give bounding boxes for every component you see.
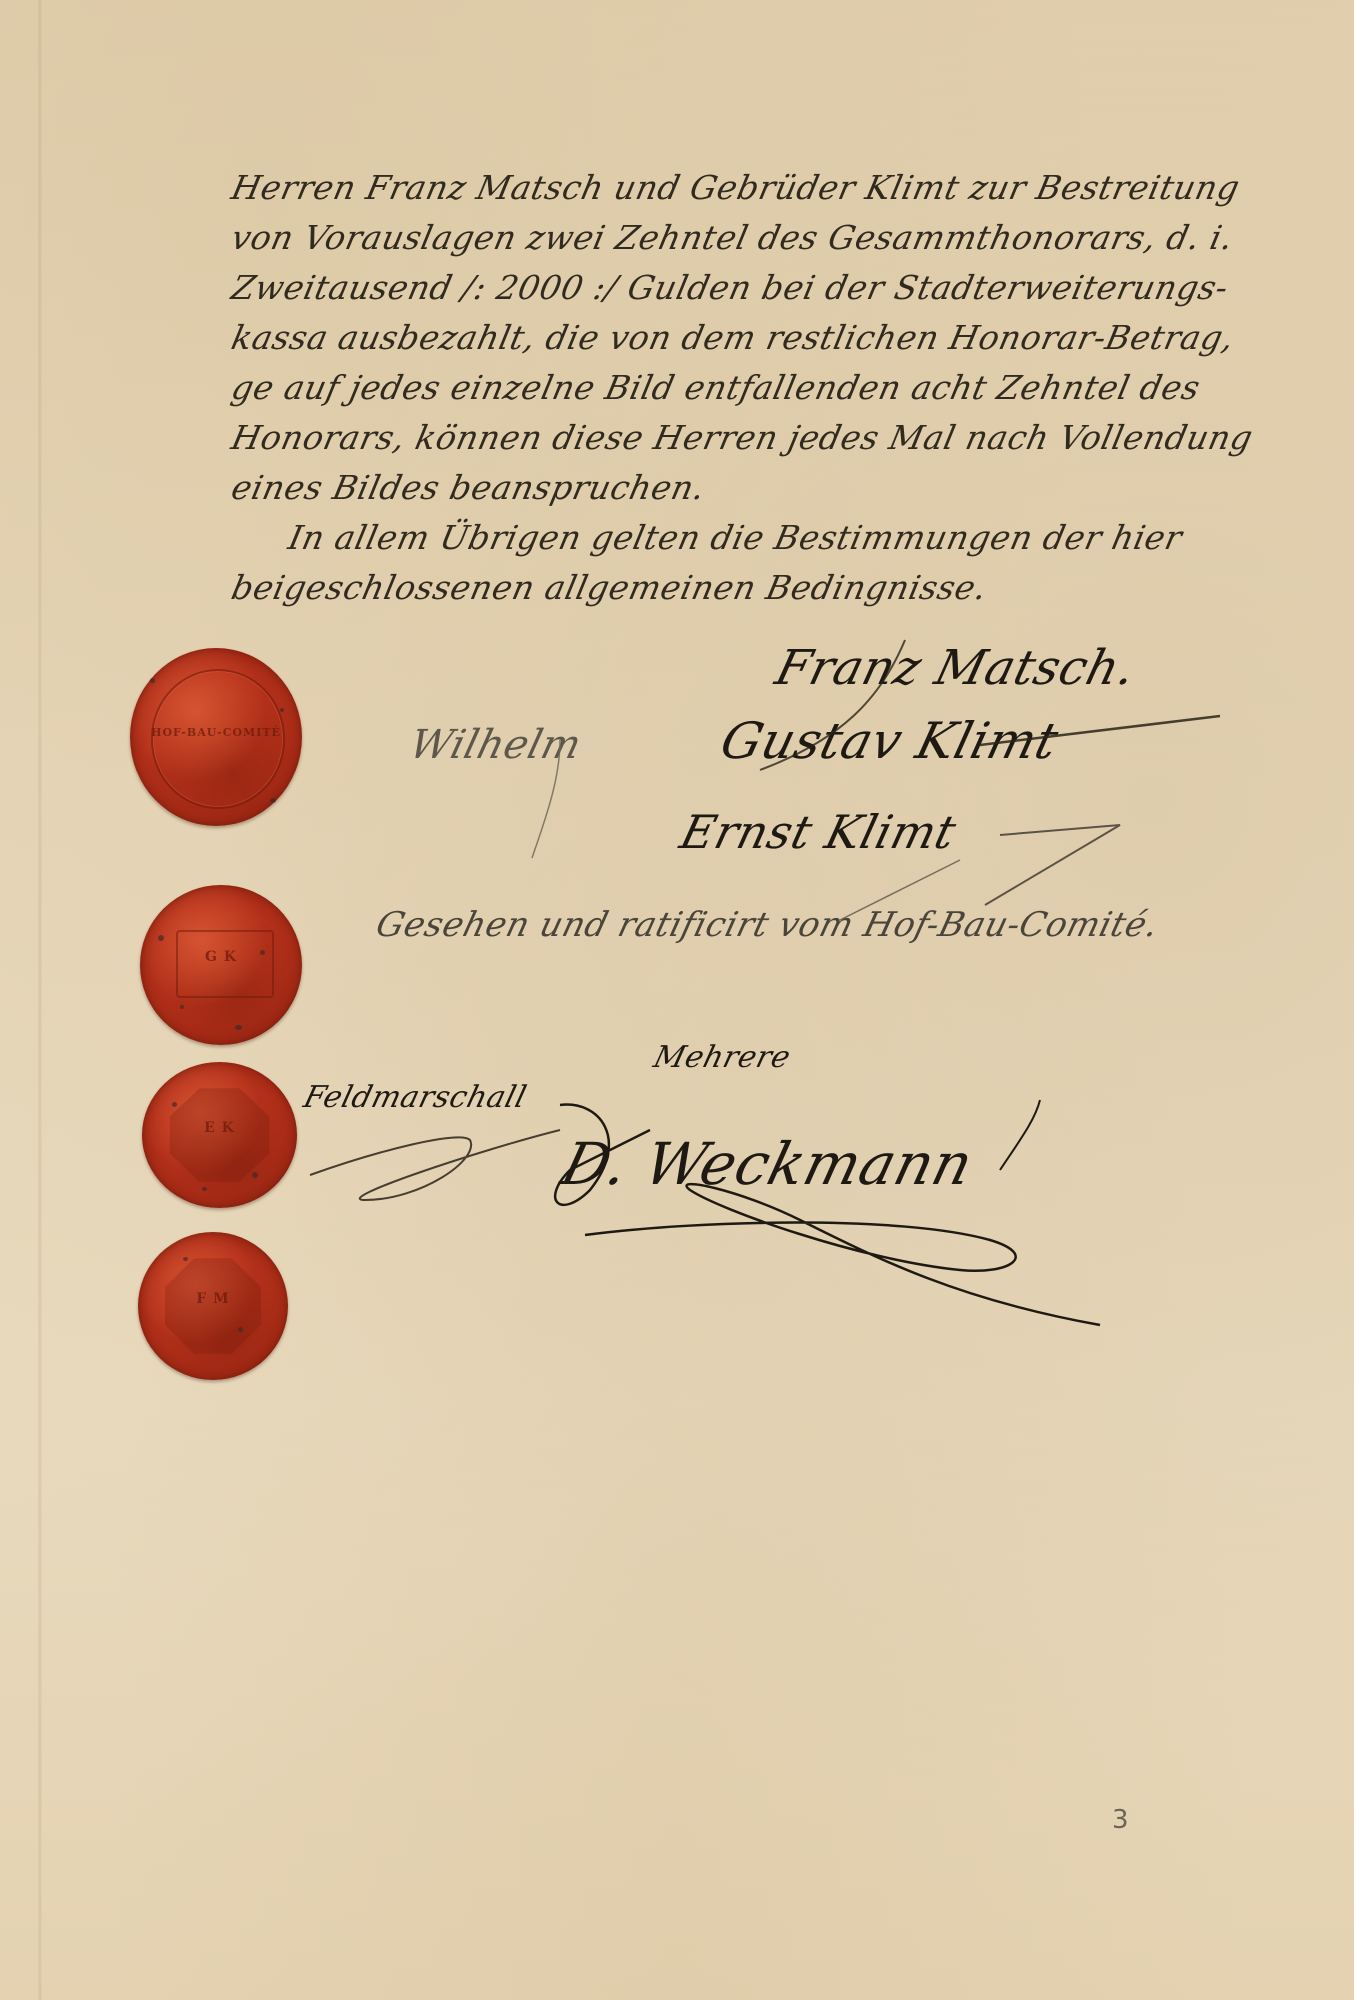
signature-flourishes bbox=[0, 0, 1354, 2000]
page-number: 3 bbox=[1112, 1805, 1129, 1835]
